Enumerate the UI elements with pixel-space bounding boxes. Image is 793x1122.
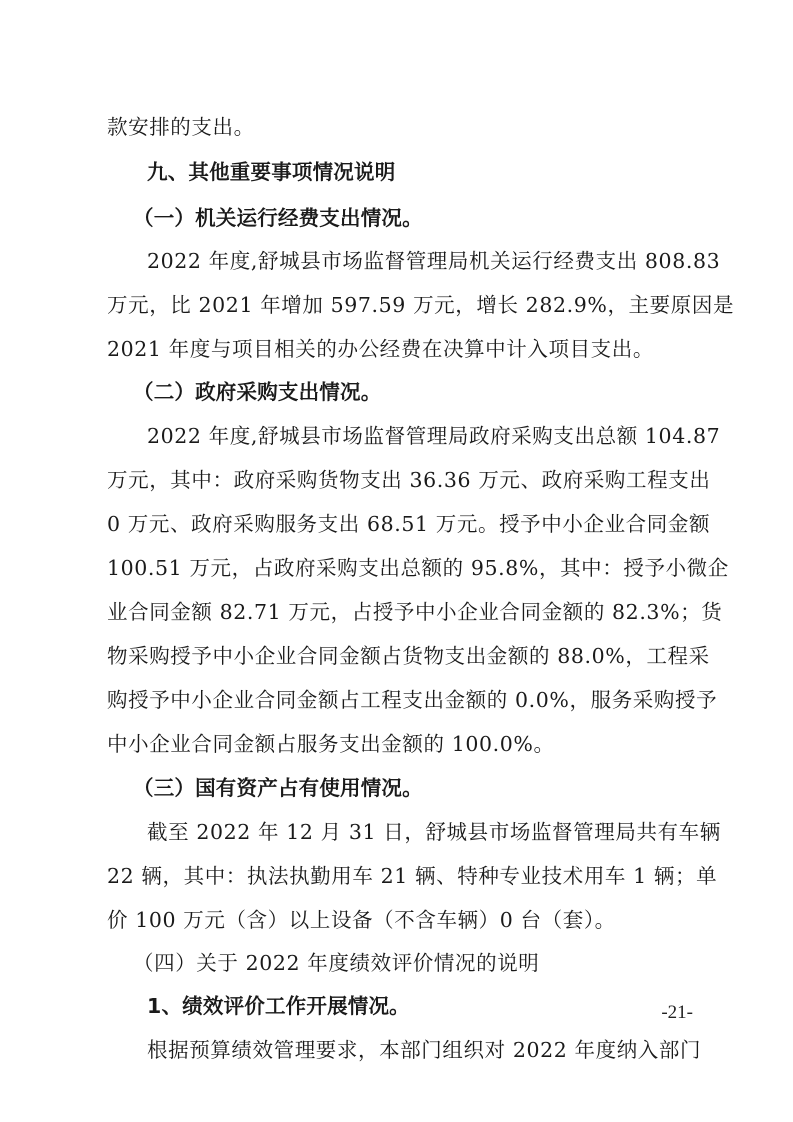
- paragraph-line-continuation: 款安排的支出。: [107, 112, 255, 142]
- paragraph-line: 根据预算绩效管理要求，本部门组织对 2022 年度纳入部门: [147, 1035, 693, 1065]
- subheading-government-procurement: （二）政府采购支出情况。: [133, 377, 381, 407]
- subheading-operating-expenses: （一）机关运行经费支出情况。: [133, 203, 423, 233]
- paragraph-line: 0 万元、政府采购服务支出 68.51 万元。授予中小企业合同金额: [107, 509, 693, 539]
- paragraph-line: 2021 年度与项目相关的办公经费在决算中计入项目支出。: [107, 334, 654, 364]
- section-heading-other-matters: 九、其他重要事项情况说明: [147, 157, 395, 187]
- paragraph-line: 截至 2022 年 12 月 31 日，舒城县市场监督管理局共有车辆: [147, 817, 693, 847]
- paragraph-line: 2022 年度,舒城县市场监督管理局机关运行经费支出 808.83: [147, 246, 693, 276]
- paragraph-line: 中小企业合同金额占服务支出金额的 100.0%。: [107, 729, 555, 759]
- paragraph-line: 100.51 万元，占政府采购支出总额的 95.8%，其中：授予小微企: [107, 553, 693, 583]
- paragraph-line: 业合同金额 82.71 万元，占授予中小企业合同金额的 82.3%；货: [107, 597, 693, 627]
- paragraph-line: 万元，其中：政府采购货物支出 36.36 万元、政府采购工程支出: [107, 465, 693, 495]
- subheading-state-assets: （三）国有资产占有使用情况。: [133, 773, 423, 803]
- subheading-performance-evaluation: （四）关于 2022 年度绩效评价情况的说明: [133, 948, 539, 978]
- paragraph-line: 购授予中小企业合同金额占工程支出金额的 0.0%，服务采购授予: [107, 685, 693, 715]
- paragraph-line: 物采购授予中小企业合同金额占货物支出金额的 88.0%，工程采: [107, 641, 693, 671]
- paragraph-line: 万元，比 2021 年增加 597.59 万元，增长 282.9%，主要原因是: [107, 290, 693, 320]
- paragraph-line: 2022 年度,舒城县市场监督管理局政府采购支出总额 104.87: [147, 421, 693, 451]
- subheading-evaluation-work: 1、绩效评价工作开展情况。: [147, 991, 410, 1021]
- page-number: -21-: [661, 1002, 693, 1024]
- paragraph-line: 22 辆，其中：执法执勤用车 21 辆、特种专业技术用车 1 辆；单: [107, 861, 693, 891]
- paragraph-line: 价 100 万元（含）以上设备（不含车辆）0 台（套）。: [107, 905, 616, 935]
